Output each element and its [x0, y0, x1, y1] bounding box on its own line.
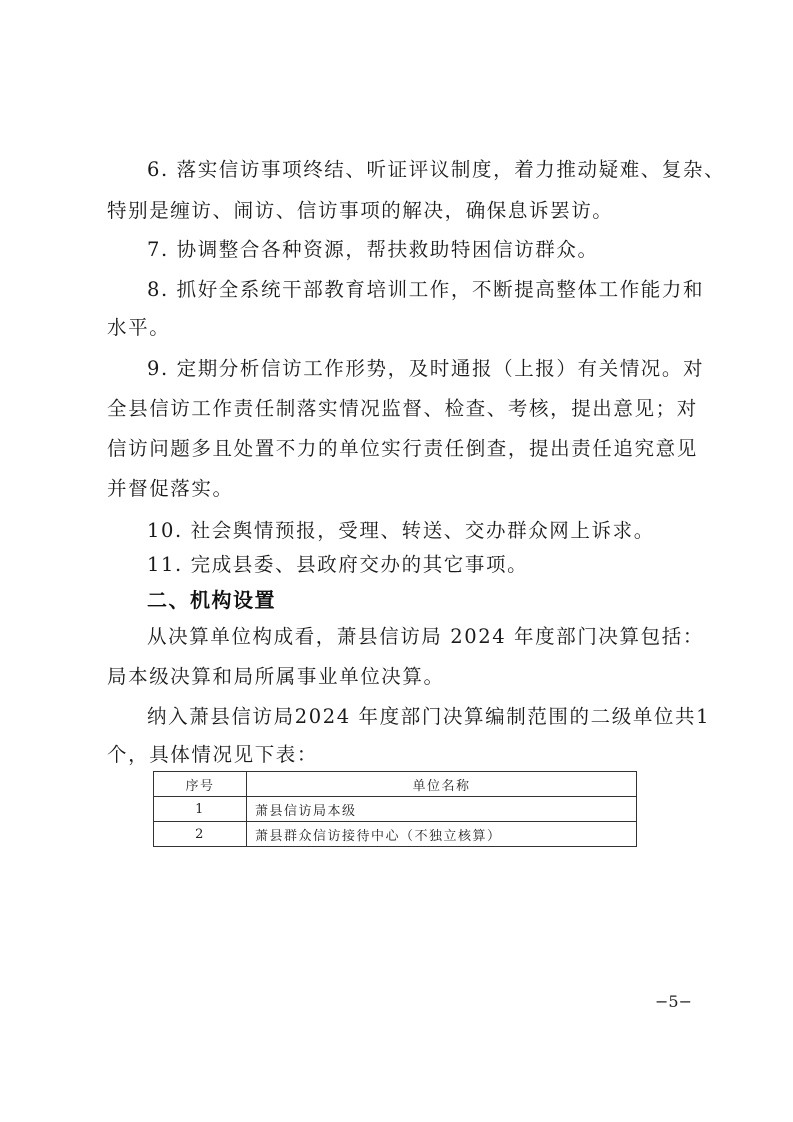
cell-unit-name: 萧县信访局本级 [247, 797, 637, 822]
cell-index: 1 [154, 797, 247, 822]
paragraph-item-6-line-1: 6. 落实信访事项终结、听证评议制度，着力推动疑难、复杂、 [147, 156, 690, 184]
paragraph-item-9-line-3: 信访问题多且处置不力的单位实行责任倒查，提出责任追究意见 [107, 435, 690, 463]
paragraph-item-10: 10. 社会舆情预报，受理、转送、交办群众网上诉求。 [147, 517, 690, 545]
document-page: 6. 落实信访事项终结、听证评议制度，着力推动疑难、复杂、 特别是缠访、闹访、信… [0, 0, 793, 1122]
cell-unit-name: 萧县群众信访接待中心（不独立核算） [247, 822, 637, 847]
paragraph-scope-line-1: 纳入萧县信访局2024 年度部门决算编制范围的二级单位共1 [147, 703, 690, 731]
units-table: 序号 单位名称 1 萧县信访局本级 2 萧县群众信访接待中心（不独立核算） [153, 771, 637, 847]
paragraph-item-9-line-4: 并督促落实。 [107, 475, 690, 503]
table-row: 2 萧县群众信访接待中心（不独立核算） [154, 822, 637, 847]
page-number: −5− [655, 992, 692, 1012]
paragraph-composition-line-1: 从决算单位构成看，萧县信访局 2024 年度部门决算包括： [147, 623, 690, 651]
table-header-row: 序号 单位名称 [154, 772, 637, 797]
cell-index: 2 [154, 822, 247, 847]
paragraph-item-11: 11. 完成县委、县政府交办的其它事项。 [147, 551, 690, 579]
paragraph-item-9-line-2: 全县信访工作责任制落实情况监督、检查、考核，提出意见；对 [107, 395, 690, 423]
paragraph-scope-line-2: 个，具体情况见下表： [107, 741, 690, 769]
section-heading-organization: 二、机构设置 [147, 586, 276, 614]
paragraph-item-9-line-1: 9. 定期分析信访工作形势，及时通报（上报）有关情况。对 [147, 355, 690, 383]
paragraph-item-6-line-2: 特别是缠访、闹访、信访事项的解决，确保息诉罢访。 [107, 197, 690, 225]
paragraph-item-7: 7. 协调整合各种资源，帮扶救助特困信访群众。 [147, 236, 690, 264]
paragraph-item-8-line-2: 水平。 [107, 314, 690, 342]
paragraph-composition-line-2: 局本级决算和局所属事业单位决算。 [107, 663, 690, 691]
paragraph-item-8-line-1: 8. 抓好全系统干部教育培训工作，不断提高整体工作能力和 [147, 276, 690, 304]
table-row: 1 萧县信访局本级 [154, 797, 637, 822]
column-header-unit-name: 单位名称 [247, 772, 637, 797]
column-header-index: 序号 [154, 772, 247, 797]
